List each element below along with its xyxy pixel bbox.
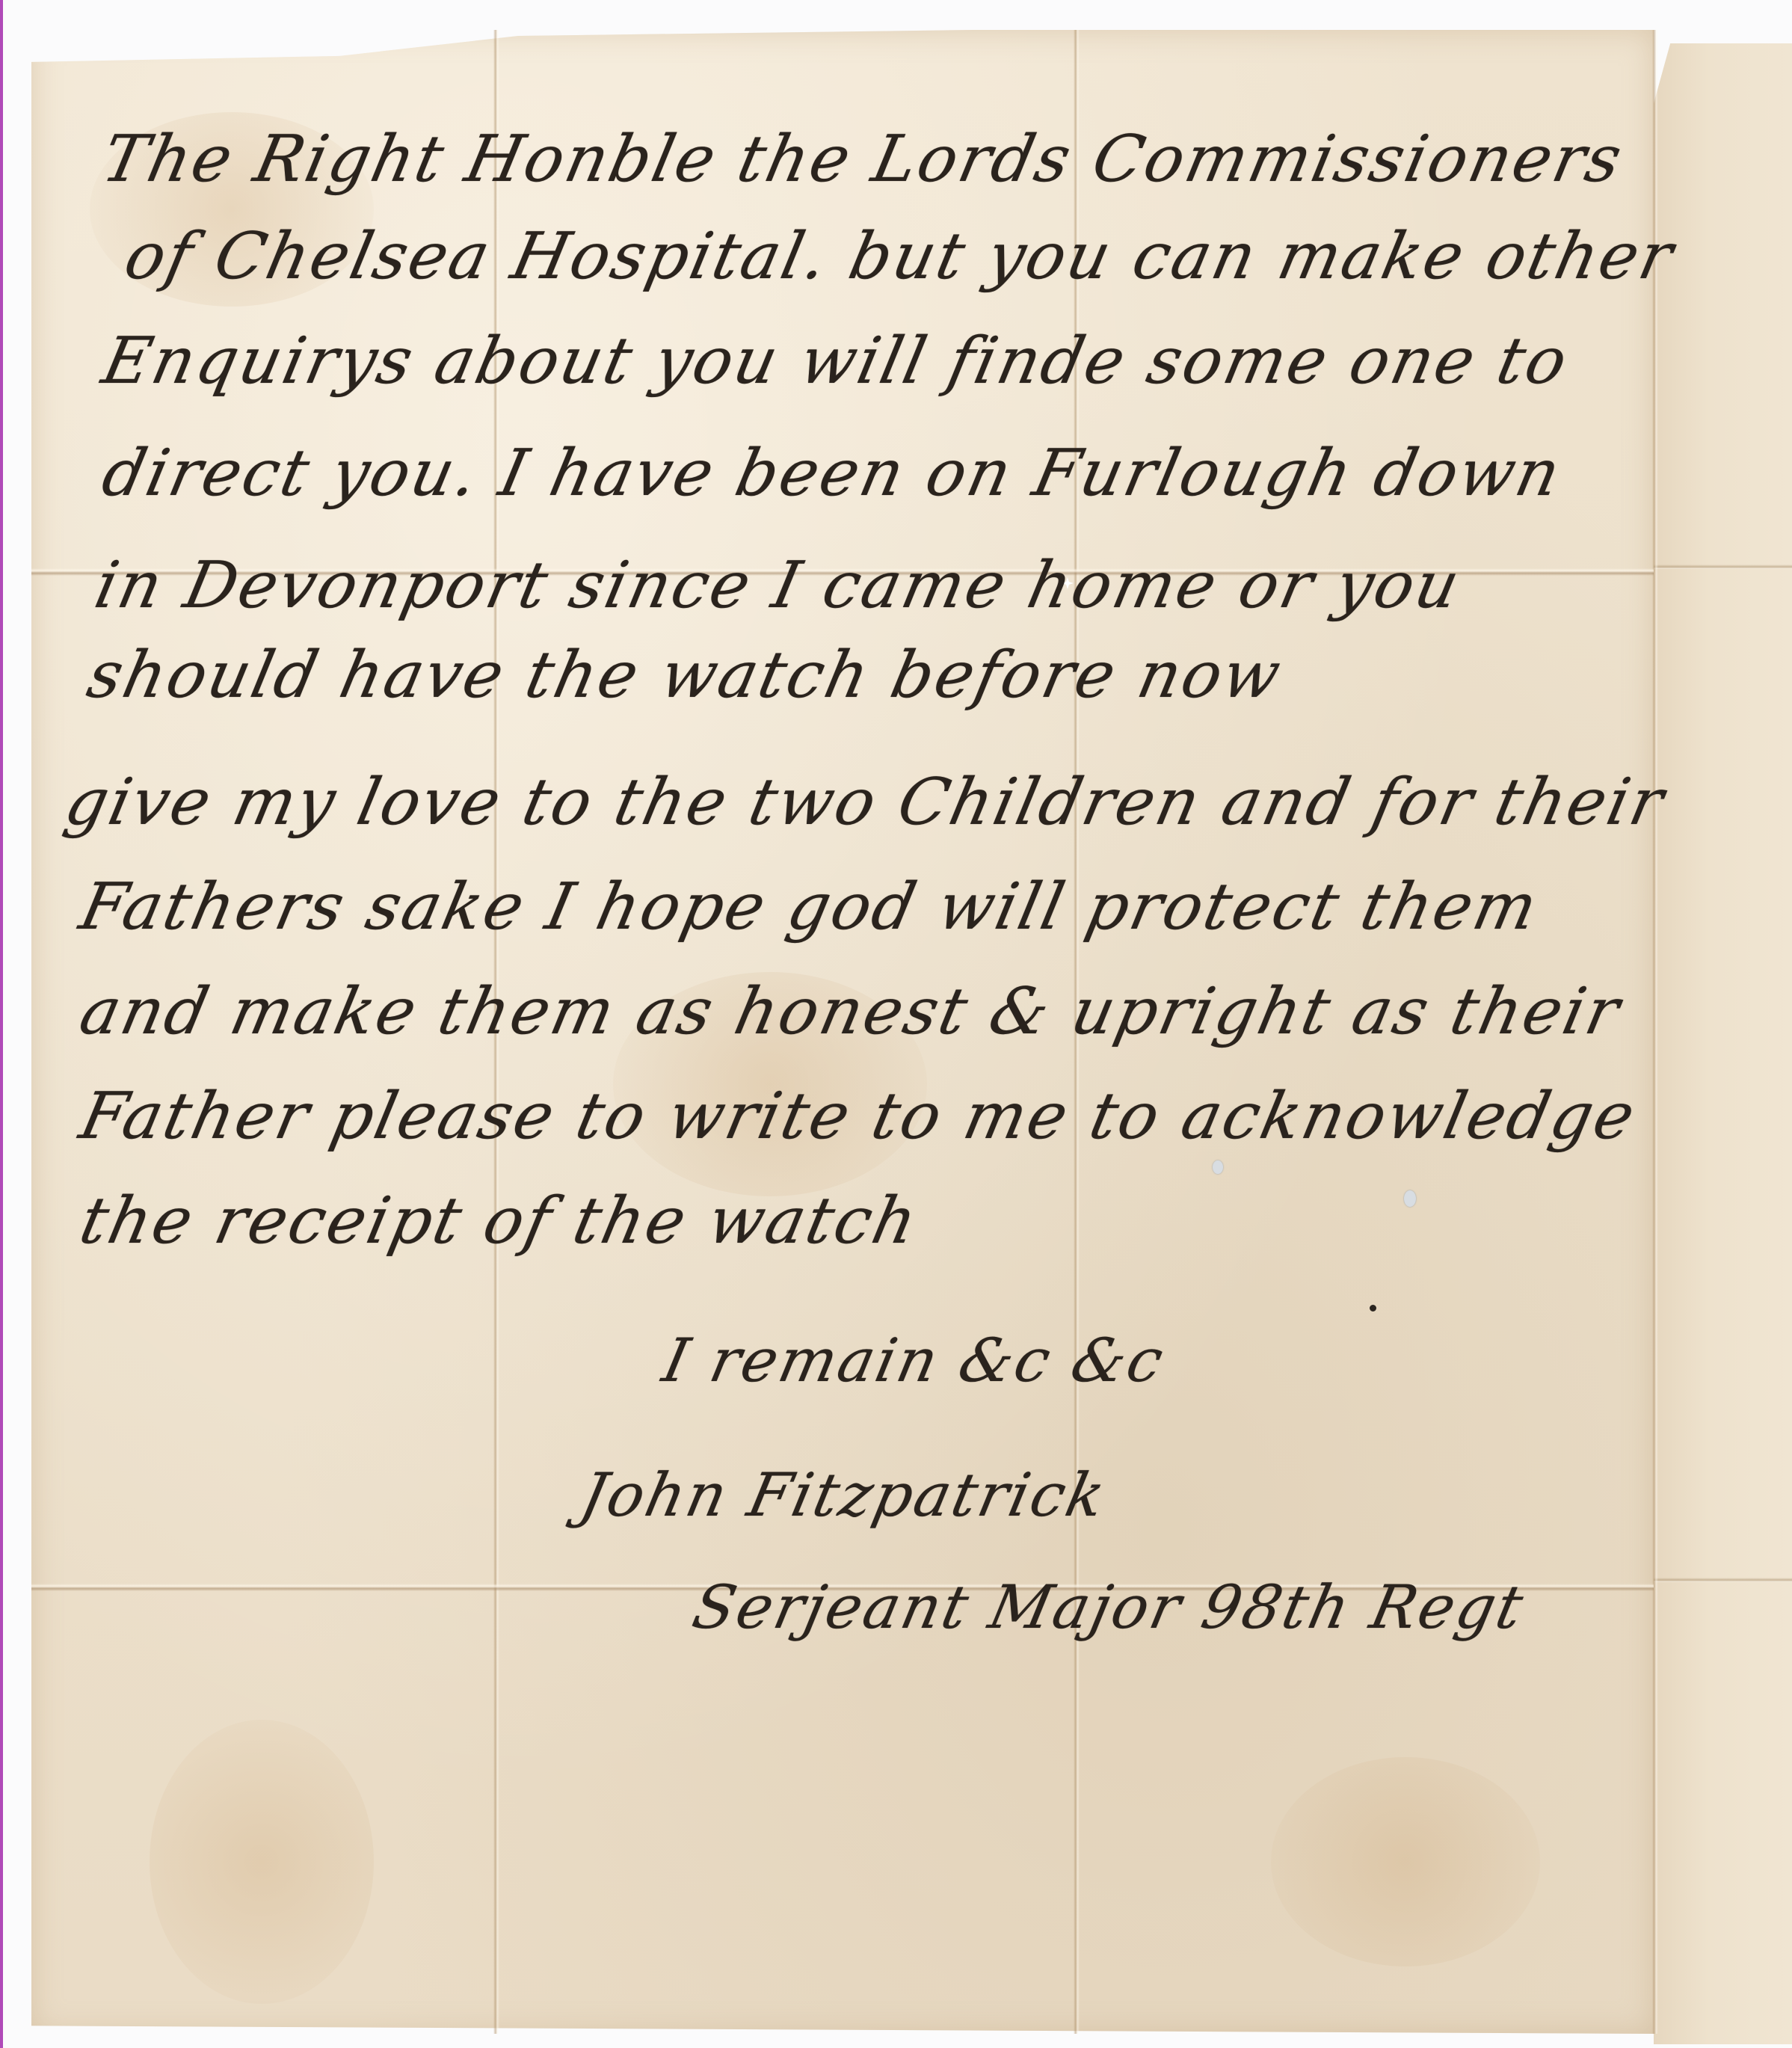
letter-line-7: give my love to the two Children and for… [60, 770, 1671, 834]
letter-line-10: Father please to write to me to acknowle… [75, 1084, 1642, 1148]
letter-line-1: The Right Honble the Lords Commissioners [97, 127, 1629, 191]
paper-stain [150, 1720, 374, 2004]
paper-stain [1271, 1757, 1540, 1966]
paper-speck [1404, 1190, 1416, 1207]
letter-line-8: Fathers sake I hope god will protect the… [75, 875, 1545, 939]
flap-fold-line [1654, 565, 1792, 569]
letter-line-3: Enquirys about you will finde some one t… [97, 329, 1574, 393]
letter-signature: John Fitzpatrick [576, 1466, 1112, 1525]
letter-closing: I remain &c &c [658, 1331, 1170, 1391]
vertical-fold-line [1652, 30, 1658, 2034]
letter-line-5: in Devonport since I came home or you [90, 553, 1467, 618]
letter-line-6: should have the watch before now [82, 643, 1288, 707]
letter-line-11: the receipt of the watch [75, 1189, 924, 1253]
letter-line-2: of Chelsea Hospital. but you can make ot… [120, 224, 1680, 289]
letter-back-flap [1654, 43, 1792, 2044]
letter-line-9: and make them as honest & upright as the… [75, 980, 1627, 1044]
ink-dot [1370, 1305, 1376, 1311]
flap-fold-line [1654, 1578, 1792, 1582]
signer-title: Serjeant Major 98th Regt [688, 1578, 1530, 1638]
letter-line-4: direct you. I have been on Furlough down [97, 441, 1568, 505]
scan-edge [0, 0, 3, 2048]
paper-speck [1213, 1160, 1223, 1174]
